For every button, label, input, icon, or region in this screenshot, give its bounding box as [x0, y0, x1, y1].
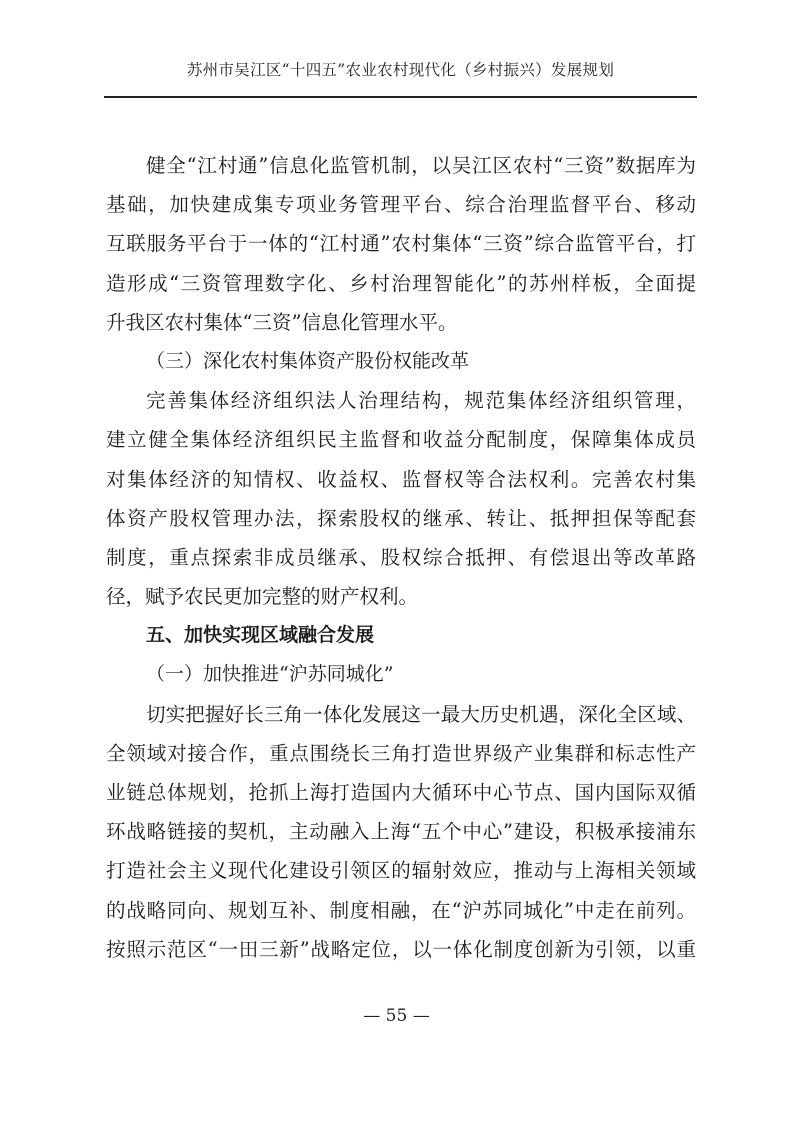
text-line: 健全“江村通”信息化监管机制，以吴江区农村“三资”数据库为 [106, 146, 696, 185]
text-line: 按照示范区“一田三新”战略定位，以一体化制度创新为引领，以重 [106, 930, 696, 969]
text-line: 造形成“三资管理数字化、乡村治理智能化”的苏州样板，全面提 [106, 264, 696, 303]
section-heading: （三）深化农村集体资产股份权能改革 [106, 342, 696, 381]
text-line: 对集体经济的知情权、收益权、监督权等合法权利。完善农村集 [106, 460, 696, 499]
text-line: 制度，重点探索非成员继承、股权综合抵押、有偿退出等改革路 [106, 538, 696, 577]
text-line: 互联服务平台于一体的“江村通”农村集体“三资”综合监管平台，打 [106, 224, 696, 263]
text-line: 升我区农村集体“三资”信息化管理水平。 [106, 303, 696, 342]
running-header: 苏州市吴江区“十四五”农业农村现代化（乡村振兴）发展规划 [104, 58, 697, 80]
text-line: 完善集体经济组织法人治理结构，规范集体经济组织管理， [106, 381, 696, 420]
text-line: 径，赋予农民更加完整的财产权利。 [106, 577, 696, 616]
header-rule [104, 96, 697, 98]
section-heading: （一）加快推进“沪苏同城化” [106, 655, 696, 694]
chapter-heading: 五、加快实现区域融合发展 [106, 616, 696, 655]
text-line: 的战略同向、规划互补、制度相融，在“沪苏同城化”中走在前列。 [106, 891, 696, 930]
text-line: 全领域对接合作，重点围绕长三角打造世界级产业集群和标志性产 [106, 734, 696, 773]
text-line: 基础，加快建成集专项业务管理平台、综合治理监督平台、移动 [106, 185, 696, 224]
document-body: 健全“江村通”信息化监管机制，以吴江区农村“三资”数据库为 基础，加快建成集专项… [106, 146, 696, 969]
text-line: 业链总体规划，抢抓上海打造国内大循环中心节点、国内国际双循 [106, 773, 696, 812]
page-number: — 55 — [0, 1006, 793, 1026]
text-line: 切实把握好长三角一体化发展这一最大历史机遇，深化全区域、 [106, 695, 696, 734]
text-line: 环战略链接的契机，主动融入上海“五个中心”建设，积极承接浦东 [106, 812, 696, 851]
text-line: 建立健全集体经济组织民主监督和收益分配制度，保障集体成员 [106, 420, 696, 459]
text-line: 打造社会主义现代化建设引领区的辐射效应，推动与上海相关领域 [106, 851, 696, 890]
text-line: 体资产股权管理办法，探索股权的继承、转让、抵押担保等配套 [106, 499, 696, 538]
